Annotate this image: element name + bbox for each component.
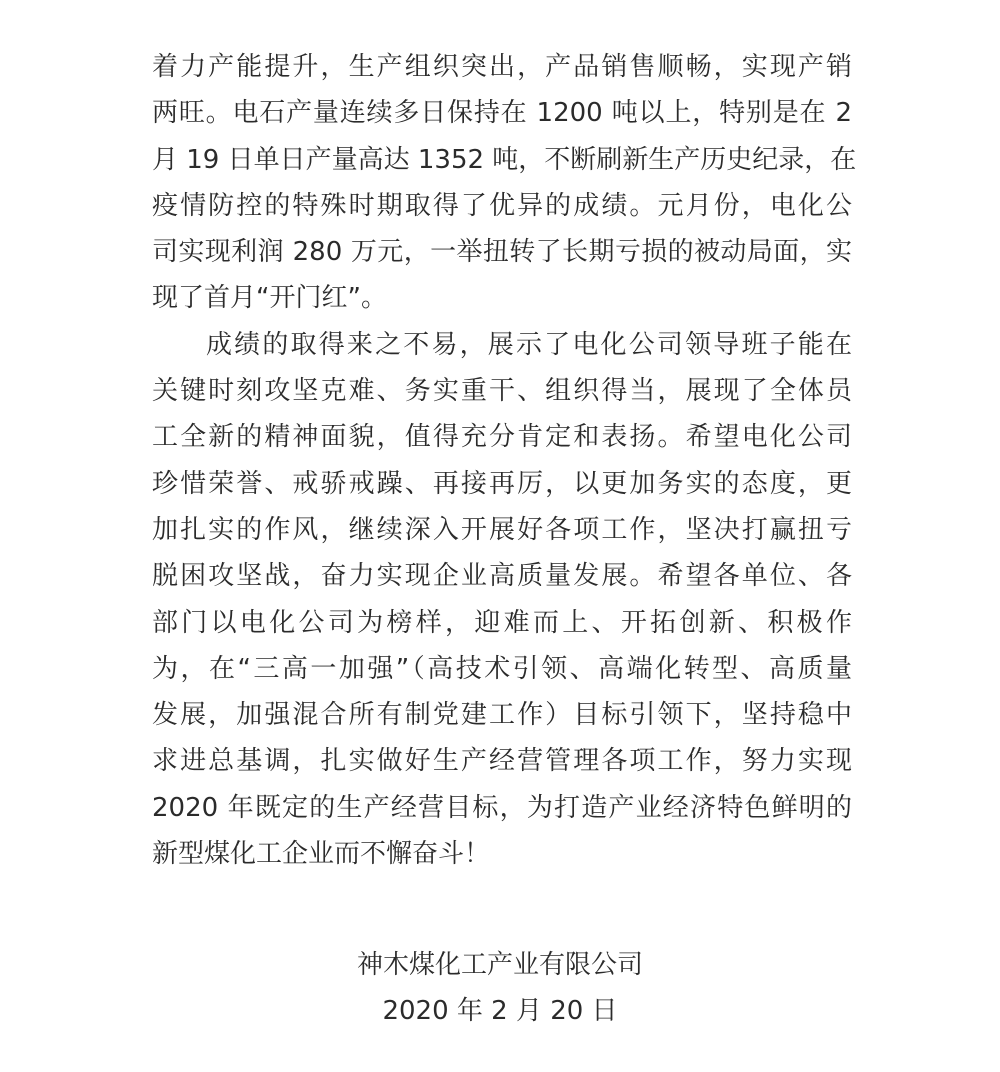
text-line: 司实现利润 280 万元，一举扭转了长期亏损的被动局面，实 [152,229,852,275]
paragraph-2: 成绩的取得来之不易，展示了电化公司领导班子能在 关键时刻攻坚克难、务实重干、组织… [152,322,852,878]
text-line: 求进总基调，扎实做好生产经营管理各项工作，努力实现 [152,738,852,784]
paragraph-1: 着力产能提升，生产组织突出，产品销售顺畅，实现产销 两旺。电石产量连续多日保持在… [152,44,852,322]
text-line: 珍惜荣誉、戒骄戒躁、再接再厉，以更加务实的态度，更 [152,461,852,507]
text-line: 着力产能提升，生产组织突出，产品销售顺畅，实现产销 [152,44,852,90]
text-line: 现了首月“开门红”。 [152,275,852,321]
text-line: 发展，加强混合所有制党建工作）目标引领下，坚持稳中 [152,692,852,738]
text-line: 疫情防控的特殊时期取得了优异的成绩。元月份，电化公 [152,183,852,229]
text-line: 成绩的取得来之不易，展示了电化公司领导班子能在 [152,322,852,368]
text-line: 工全新的精神面貌，值得充分肯定和表扬。希望电化公司 [152,414,852,460]
text-line: 部门以电化公司为榜样，迎难而上、开拓创新、积极作 [152,600,852,646]
text-line: 两旺。电石产量连续多日保持在 1200 吨以上，特别是在 2 [152,90,852,136]
text-line: 关键时刻攻坚克难、务实重干、组织得当，展现了全体员 [152,368,852,414]
text-line: 为，在“三高一加强”（高技术引领、高端化转型、高质量 [152,646,852,692]
text-line: 月 19 日单日产量高达 1352 吨，不断刷新生产历史纪录，在 [152,137,852,183]
signature-company: 神木煤化工产业有限公司 [0,942,1000,988]
text-line: 脱困攻坚战，奋力实现企业高质量发展。希望各单位、各 [152,553,852,599]
text-line: 加扎实的作风，继续深入开展好各项工作，坚决打赢扭亏 [152,507,852,553]
text-line: 2020 年既定的生产经营目标，为打造产业经济特色鲜明的 [152,785,852,831]
text-line: 新型煤化工企业而不懈奋斗！ [152,831,852,877]
signature-date: 2020 年 2 月 20 日 [0,988,1000,1034]
document-body: 着力产能提升，生产组织突出，产品销售顺畅，实现产销 两旺。电石产量连续多日保持在… [152,44,852,877]
